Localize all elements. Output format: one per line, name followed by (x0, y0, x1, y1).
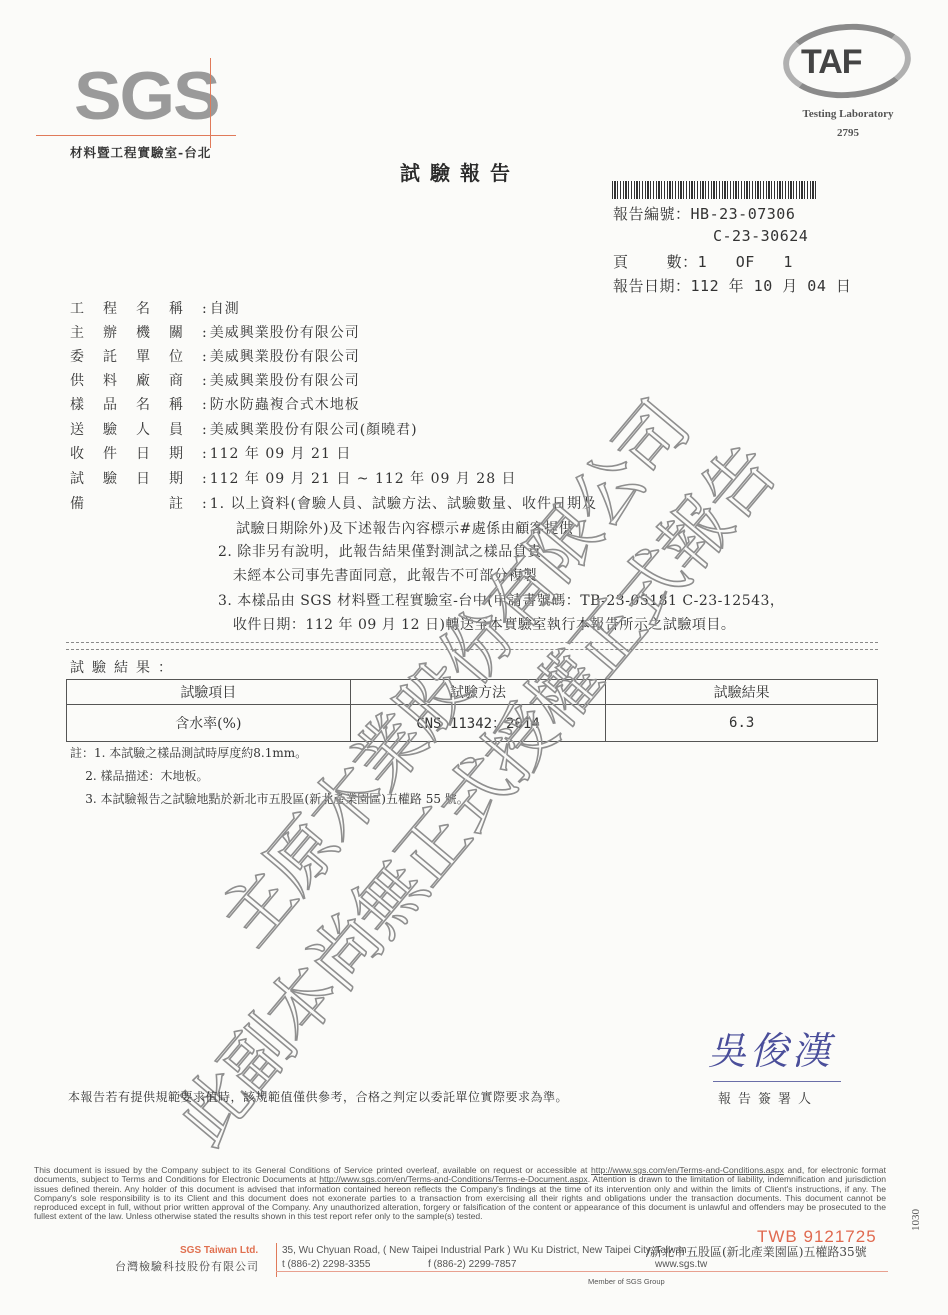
signature: 吳俊漢 (708, 1020, 834, 1075)
results-label: 試驗結果： (70, 657, 180, 677)
info-label: 送驗人員 (70, 419, 202, 439)
page-title: 試驗報告 (400, 157, 520, 186)
info-label-char: 期 (169, 443, 202, 463)
info-label-char: 主 (70, 322, 103, 342)
info-row: 樣品名稱:防水防蟲複合式木地板 (70, 394, 360, 414)
info-value: 美威興業股份有限公司 (210, 325, 360, 341)
column-header: 試驗項目 (67, 680, 351, 705)
info-label-char: 品 (103, 394, 136, 414)
report-date-value: 112 年 10 月 04 日 (691, 277, 852, 295)
info-value: 112 年 09 月 21 日 ~ 112 年 09 月 28 日 (210, 471, 517, 487)
info-label-char: 關 (169, 322, 202, 342)
info-label-char: 位 (169, 346, 202, 366)
colon: : (202, 349, 208, 365)
info-label-char: 收 (70, 443, 103, 463)
report-number: 報告編號：HB-23-07306 (613, 203, 795, 224)
report-number-value: HB-23-07306 (691, 205, 796, 223)
info-label-char: 委 (70, 346, 103, 366)
info-value: 美威興業股份有限公司 (210, 349, 360, 365)
info-label: 收件日期 (70, 443, 202, 463)
info-label-char: 件 (103, 443, 136, 463)
page-count-label: 頁 數： (613, 253, 698, 271)
info-row: 委託單位:美威興業股份有限公司 (70, 346, 360, 366)
info-label-char: 註 (169, 493, 202, 513)
info-label-char: 送 (70, 419, 103, 439)
info-row: 工程名稱:自測 (70, 298, 240, 318)
barcode-icon (612, 181, 817, 199)
page-count: 頁 數：1 OF 1 (613, 251, 793, 272)
info-label-char: 稱 (169, 394, 202, 414)
info-label-char: 日 (136, 443, 169, 463)
page-count-value: 1 OF 1 (698, 253, 793, 271)
info-label-char: 料 (103, 370, 136, 390)
colon: : (202, 301, 208, 317)
test-item: 含水率(%) (67, 705, 351, 742)
accreditation-label: Testing Laboratory (790, 108, 906, 120)
telephone: t (886-2) 2298-3355 (282, 1259, 370, 1270)
colon: : (202, 422, 208, 438)
member-of-group: Member of SGS Group (588, 1277, 665, 1286)
footer-divider (276, 1271, 888, 1272)
colon: : (202, 397, 208, 413)
info-row: 送驗人員:美威興業股份有限公司(顏曉君) (70, 419, 418, 439)
colon: : (202, 325, 208, 341)
info-row: 主辦機關:美威興業股份有限公司 (70, 322, 360, 342)
info-row: 收件日期:112 年 09 月 21 日 (70, 443, 351, 463)
info-label-char: 名 (136, 394, 169, 414)
colon: : (202, 446, 208, 462)
info-label-char: 供 (70, 370, 103, 390)
info-label: 主辦機關 (70, 322, 202, 342)
signature-label: 報告簽署人 (718, 1088, 818, 1107)
column-header: 試驗結果 (606, 680, 878, 705)
info-label-char: 辦 (103, 322, 136, 342)
info-label: 供料廠商 (70, 370, 202, 390)
logo-divider (36, 135, 236, 136)
info-label-char: 樣 (70, 394, 103, 414)
info-value: 自測 (210, 301, 240, 317)
info-label-char: 驗 (103, 419, 136, 439)
info-row: 供料廠商:美威興業股份有限公司 (70, 370, 360, 390)
info-label-char: 程 (103, 298, 136, 318)
info-label-char: 期 (169, 468, 202, 488)
info-label-char: 稱 (169, 298, 202, 318)
info-label-char: 廠 (136, 370, 169, 390)
info-label-char: 單 (136, 346, 169, 366)
logo-divider-vertical (210, 58, 211, 148)
test-result: 6.3 (606, 705, 878, 742)
info-label-char: 名 (136, 298, 169, 318)
info-label: 工程名稱 (70, 298, 202, 318)
address-cn: /新北市五股區(新北產業園區)五權路35號 (646, 1243, 867, 1260)
info-label: 試驗日期 (70, 468, 202, 488)
info-label: 委託單位 (70, 346, 202, 366)
legal-text: This document is issued by the Company s… (34, 1166, 886, 1222)
address-en: 35, Wu Chyuan Road, ( New Taipei Industr… (282, 1245, 687, 1256)
colon: : (202, 373, 208, 389)
info-value: 美威興業股份有限公司(顏曉君) (210, 422, 418, 438)
info-row: 試驗日期:112 年 09 月 21 日 ~ 112 年 09 月 28 日 (70, 468, 517, 488)
report-date-label: 報告日期： (613, 277, 691, 295)
sgs-logo: SGS (74, 62, 218, 130)
accreditation-number: 2795 (790, 127, 906, 139)
side-number: 1030 (910, 1209, 922, 1231)
info-value: 112 年 09 月 21 日 (210, 446, 352, 462)
report-number-label: 報告編號： (613, 205, 691, 223)
info-label-char: 商 (169, 370, 202, 390)
info-label-char: 驗 (103, 468, 136, 488)
taf-logo: TAF (801, 43, 862, 82)
report-date: 報告日期：112 年 10 月 04 日 (613, 275, 851, 296)
info-label-char: 機 (136, 322, 169, 342)
disclaimer-cn: 本報告若有提供規範要求值時，該規範值僅供參考，合格之判定以委託單位實際要求為準。 (68, 1088, 568, 1105)
report-number-2: C-23-30624 (713, 227, 808, 245)
info-label-char: 人 (136, 419, 169, 439)
info-label: 備註 (70, 493, 202, 513)
signature-line (713, 1081, 841, 1082)
info-label-char: 工 (70, 298, 103, 318)
footnote: 註：1. 本試驗之樣品測試時厚度約8.1mm。 (70, 744, 307, 761)
info-label-char: 試 (70, 468, 103, 488)
fax: f (886-2) 2299-7857 (428, 1259, 516, 1270)
info-label-char: 託 (103, 346, 136, 366)
info-label-char: 日 (136, 468, 169, 488)
footnote: 2. 樣品描述：木地板。 (70, 767, 209, 784)
info-value: 美威興業股份有限公司 (210, 373, 360, 389)
info-label-char: 員 (169, 419, 202, 439)
company-name-cn: 台灣檢驗科技股份有限公司 (115, 1258, 259, 1274)
info-label: 樣品名稱 (70, 394, 202, 414)
colon: : (202, 496, 208, 512)
website-link[interactable]: www.sgs.tw (655, 1259, 707, 1270)
company-name-en: SGS Taiwan Ltd. (180, 1245, 258, 1256)
info-label-char: 備 (70, 493, 103, 513)
lab-name: 材料暨工程實驗室-台北 (70, 143, 211, 161)
info-value: 防水防蟲複合式木地板 (210, 397, 360, 413)
colon: : (202, 471, 208, 487)
